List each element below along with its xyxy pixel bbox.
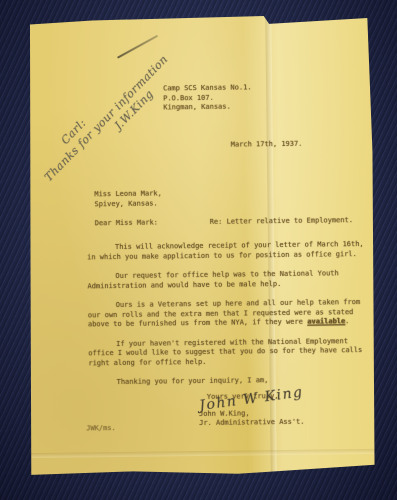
photo-background: Carl: Thanks for your information J.W.Ki… bbox=[0, 0, 397, 500]
paragraph: Our request for office help was to the N… bbox=[87, 269, 371, 291]
return-address-line: Camp SCS Kansas No.1. bbox=[163, 83, 252, 94]
letter-paper: Carl: Thanks for your information J.W.Ki… bbox=[22, 13, 378, 479]
date-line: March 17th, 1937. bbox=[231, 140, 303, 150]
reference-initials: JWK/ms. bbox=[86, 424, 116, 434]
recipient-address-line: Miss Leona Mark, bbox=[94, 189, 162, 199]
recipient-address: Miss Leona Mark, Spivey, Kansas. bbox=[94, 189, 162, 209]
subject-line: Re: Letter relative to Employment. bbox=[210, 216, 353, 227]
emphasized-word: available bbox=[307, 317, 345, 325]
salutation: Dear Miss Mark: bbox=[95, 219, 158, 228]
salutation-row: Dear Miss Mark: Re: Letter relative to E… bbox=[95, 216, 385, 229]
letter-body: This will acknowledge receipt of your le… bbox=[87, 240, 373, 398]
paragraph: If your haven't registered with the Nati… bbox=[88, 336, 372, 368]
paragraph: This will acknowledge receipt of your le… bbox=[87, 240, 371, 262]
recipient-address-line: Spivey, Kansas. bbox=[94, 199, 162, 209]
paragraph-text: . bbox=[345, 317, 349, 325]
return-address: Camp SCS Kansas No.1. P.O.Box 107. Kingm… bbox=[163, 83, 252, 113]
signed-title: Jr. Administrative Ass't. bbox=[199, 418, 304, 429]
return-address-line: Kingman, Kansas. bbox=[163, 102, 252, 113]
paragraph: Ours is a Veterans set up here and all o… bbox=[88, 298, 372, 330]
horizontal-fold-crease bbox=[28, 449, 378, 458]
handwritten-note-line: Carl: bbox=[59, 0, 203, 147]
